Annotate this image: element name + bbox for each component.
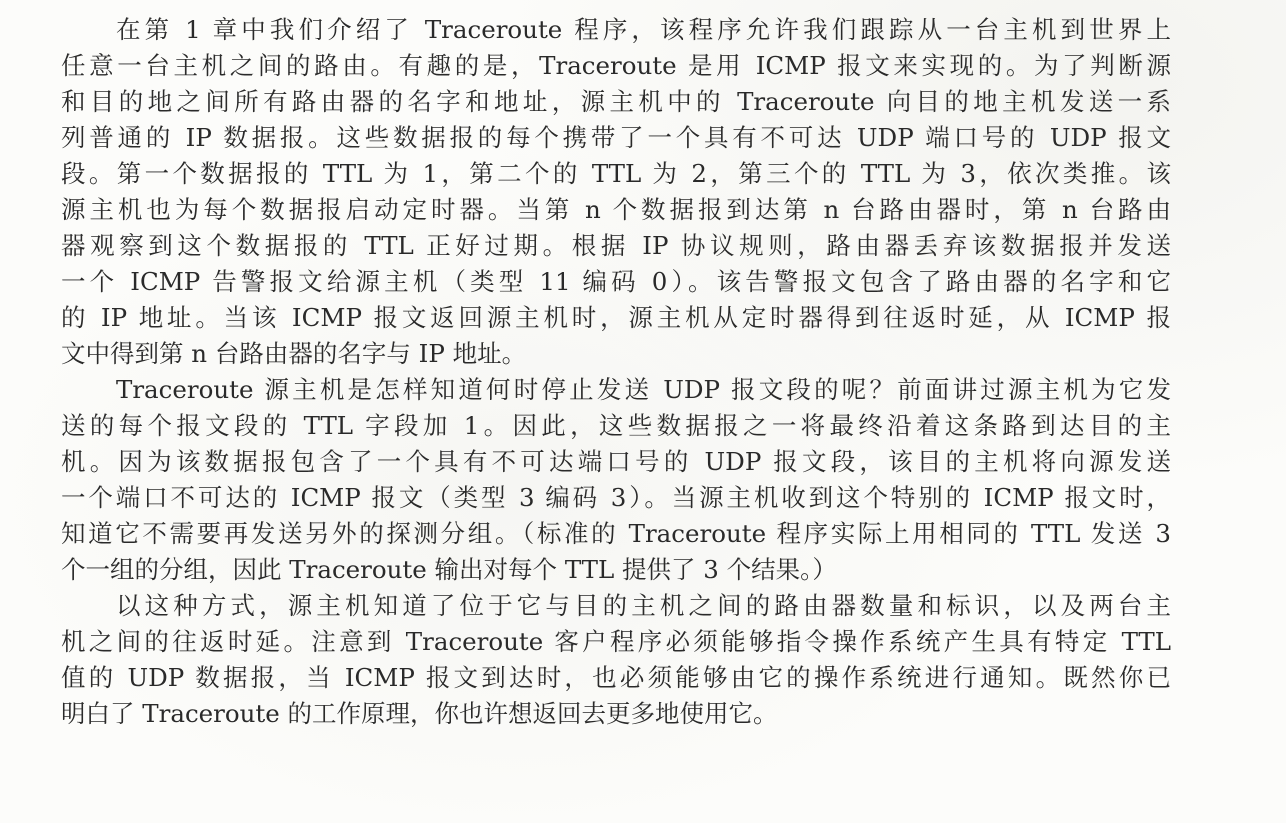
text-line: 文中得到第 n 台路由器的名字与 IP 地址。 <box>61 336 1171 372</box>
paragraph-traceroute-intro: 在第 1 章中我们介绍了 Traceroute 程序，该程序允许我们跟踪从一台主… <box>61 12 1171 372</box>
text-line: 机之间的往返时延。注意到 Traceroute 客户程序必须能够指令操作系统产生… <box>61 624 1171 660</box>
text-line: 源主机也为每个数据报启动定时器。当第 n 个数据报到达第 n 台路由器时，第 n… <box>61 192 1171 228</box>
text-line: 机。因为该数据报包含了一个具有不可达端口号的 UDP 报文段，该目的主机将向源发… <box>61 444 1171 480</box>
text-line: 送的每个报文段的 TTL 字段加 1。因此，这些数据报之一将最终沿着这条路到达目… <box>61 408 1171 444</box>
body-text: 在第 1 章中我们介绍了 Traceroute 程序，该程序允许我们跟踪从一台主… <box>61 12 1171 732</box>
text-line: 器观察到这个数据报的 TTL 正好过期。根据 IP 协议规则，路由器丢弃该数据报… <box>61 228 1171 264</box>
text-line: 知道它不需要再发送另外的探测分组。（标准的 Traceroute 程序实际上用相… <box>61 516 1171 552</box>
scanned-page: 在第 1 章中我们介绍了 Traceroute 程序，该程序允许我们跟踪从一台主… <box>0 0 1286 823</box>
text-line: 明白了 Traceroute 的工作原理，你也许想返回去更多地使用它。 <box>61 696 1171 732</box>
text-line: 个一组的分组，因此 Traceroute 输出对每个 TTL 提供了 3 个结果… <box>61 552 1171 588</box>
text-line: 列普通的 IP 数据报。这些数据报的每个携带了一个具有不可达 UDP 端口号的 … <box>61 120 1171 156</box>
text-line: 以这种方式，源主机知道了位于它与目的主机之间的路由器数量和标识，以及两台主 <box>61 588 1171 624</box>
text-line: 值的 UDP 数据报，当 ICMP 报文到达时，也必须能够由它的操作系统进行通知… <box>61 660 1171 696</box>
text-line: 任意一台主机之间的路由。有趣的是，Traceroute 是用 ICMP 报文来实… <box>61 48 1171 84</box>
text-line: 在第 1 章中我们介绍了 Traceroute 程序，该程序允许我们跟踪从一台主… <box>61 12 1171 48</box>
text-line: 一个 ICMP 告警报文给源主机（类型 11 编码 0）。该告警报文包含了路由器… <box>61 264 1171 300</box>
paragraph-stop-condition: Traceroute 源主机是怎样知道何时停止发送 UDP 报文段的呢？前面讲过… <box>61 372 1171 588</box>
text-line: 和目的地之间所有路由器的名字和地址，源主机中的 Traceroute 向目的地主… <box>61 84 1171 120</box>
text-line: Traceroute 源主机是怎样知道何时停止发送 UDP 报文段的呢？前面讲过… <box>61 372 1171 408</box>
text-line: 段。第一个数据报的 TTL 为 1，第二个的 TTL 为 2，第三个的 TTL … <box>61 156 1171 192</box>
paragraph-summary: 以这种方式，源主机知道了位于它与目的主机之间的路由器数量和标识，以及两台主 机之… <box>61 588 1171 732</box>
text-line: 一个端口不可达的 ICMP 报文（类型 3 编码 3）。当源主机收到这个特别的 … <box>61 480 1171 516</box>
text-line: 的 IP 地址。当该 ICMP 报文返回源主机时，源主机从定时器得到往返时延，从… <box>61 300 1171 336</box>
